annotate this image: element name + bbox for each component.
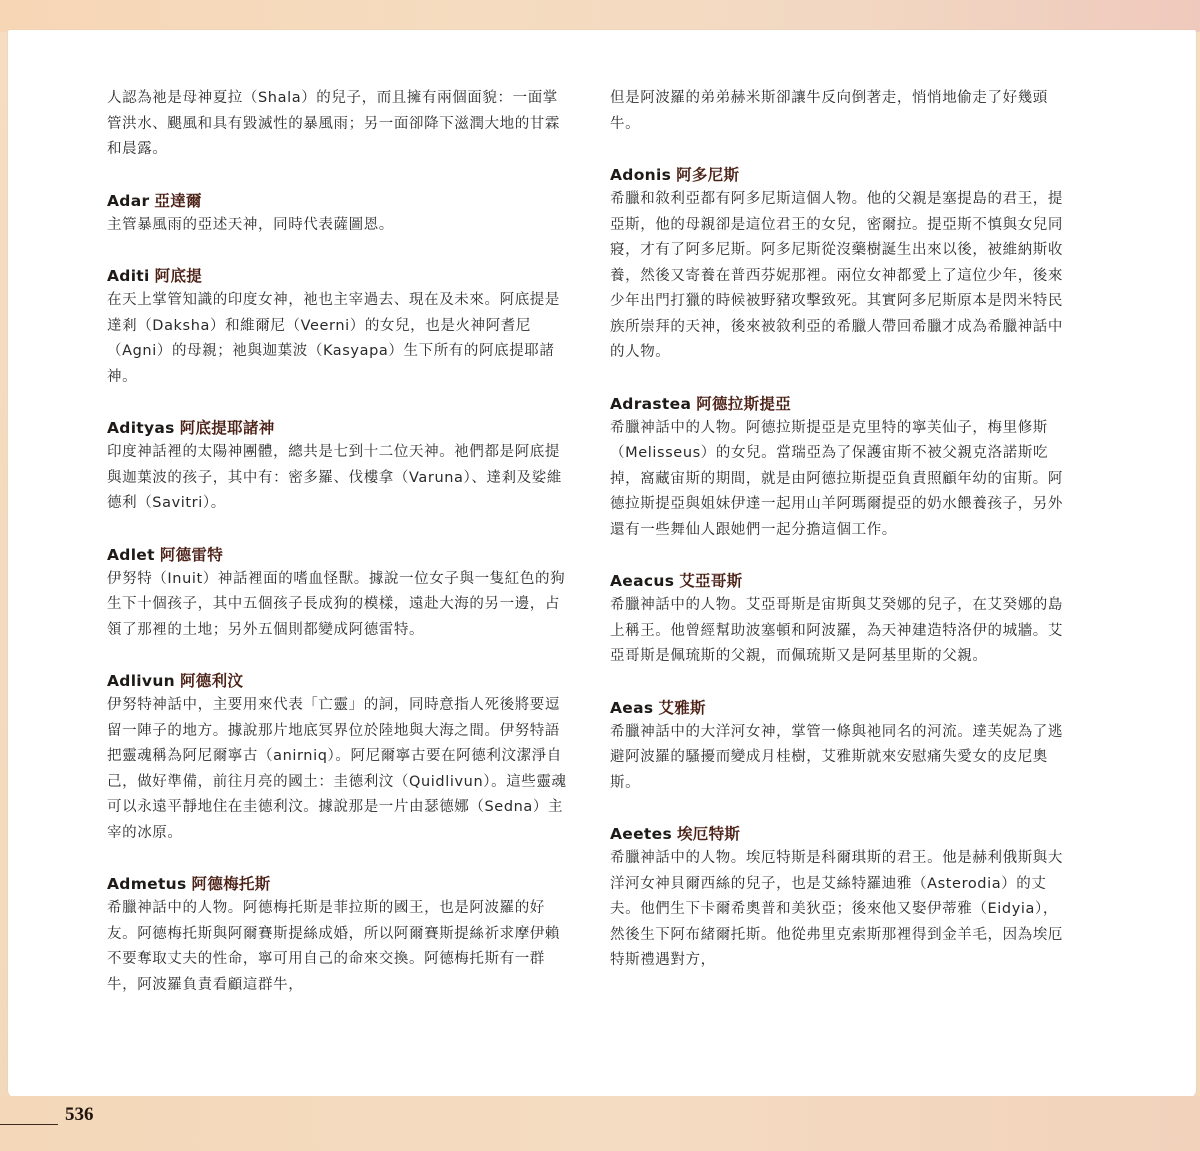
entry-title-en: Admetus <box>107 875 187 893</box>
entry-title-cn: 亞達爾 <box>154 192 201 210</box>
left-column: 人認為祂是母神夏拉（Shala）的兒子，而且擁有兩個面貌：一面掌管洪水、颶風和具… <box>107 86 567 998</box>
entry-aeetes: Aeetes埃厄特斯 希臘神話中的人物。埃厄特斯是科爾琪斯的君王。他是赫利俄斯與… <box>610 822 1070 974</box>
page-border-bottom <box>0 1096 1200 1151</box>
entry-title: Aeas艾雅斯 <box>610 696 1070 720</box>
entry-title-cn: 阿德雷特 <box>160 546 223 564</box>
entry-title: Adrastea阿德拉斯提亞 <box>610 392 1070 416</box>
entry-title-en: Adar <box>107 192 149 210</box>
entry-body: 希臘和敘利亞都有阿多尼斯這個人物。他的父親是塞提島的君王，提亞斯，他的母親卻是這… <box>610 187 1070 366</box>
entry-title-cn: 艾亞哥斯 <box>679 572 742 590</box>
entry-title: Adar亞達爾 <box>107 189 567 213</box>
entry-title-en: Adrastea <box>610 395 691 413</box>
entry-title-en: Aditi <box>107 267 150 285</box>
entry-adlivun: Adlivun阿德利汶 伊努特神話中，主要用來代表「亡靈」的詞，同時意指人死後將… <box>107 669 567 846</box>
entry-aditi: Aditi阿底提 在天上掌管知識的印度女神，祂也主宰過去、現在及未來。阿底提是達… <box>107 264 567 390</box>
entry-title-cn: 阿多尼斯 <box>676 166 739 184</box>
page-number: 536 <box>65 1104 94 1126</box>
entry-body: 希臘神話中的人物。埃厄特斯是科爾琪斯的君王。他是赫利俄斯與大洋河女神貝爾西絲的兒… <box>610 846 1070 974</box>
entry-body: 伊努特（Inuit）神話裡面的嗜血怪獸。據說一位女子與一隻紅色的狗生下十個孩子，… <box>107 567 567 644</box>
entry-title: Adlivun阿德利汶 <box>107 669 567 693</box>
entry-title-cn: 阿底提耶諸神 <box>180 419 275 437</box>
continuation-text: 人認為祂是母神夏拉（Shala）的兒子，而且擁有兩個面貌：一面掌管洪水、颶風和具… <box>107 86 567 163</box>
entry-adar: Adar亞達爾 主管暴風雨的亞述天神，同時代表薩圖恩。 <box>107 189 567 239</box>
entry-adityas: Adityas阿底提耶諸神 印度神話裡的太陽神團體，總共是七到十二位天神。祂們都… <box>107 416 567 517</box>
entry-body: 希臘神話中的人物。阿德梅托斯是菲拉斯的國王，也是阿波羅的好友。阿德梅托斯與阿爾賽… <box>107 896 567 998</box>
entry-body: 希臘神話中的人物。阿德拉斯提亞是克里特的寧芙仙子，梅里修斯（Melisseus）… <box>610 416 1070 544</box>
entry-title-cn: 阿底提 <box>155 267 202 285</box>
entry-title-cn: 埃厄特斯 <box>677 825 740 843</box>
entry-aeacus: Aeacus艾亞哥斯 希臘神話中的人物。艾亞哥斯是宙斯與艾癸娜的兒子，在艾癸娜的… <box>610 569 1070 670</box>
entry-body: 主管暴風雨的亞述天神，同時代表薩圖恩。 <box>107 213 567 239</box>
continuation-text: 但是阿波羅的弟弟赫米斯卻讓牛反向倒著走，悄悄地偷走了好幾頭牛。 <box>610 86 1070 137</box>
entry-body: 印度神話裡的太陽神團體，總共是七到十二位天神。祂們都是阿底提與迦葉波的孩子，其中… <box>107 440 567 517</box>
entry-body: 在天上掌管知識的印度女神，祂也主宰過去、現在及未來。阿底提是達剎（Daksha）… <box>107 288 567 390</box>
entry-title-cn: 阿德梅托斯 <box>192 875 271 893</box>
page-border-top <box>0 0 1200 32</box>
entry-body: 希臘神話中的大洋河女神，掌管一條與祂同名的河流。達芙妮為了逃避阿波羅的騷擾而變成… <box>610 720 1070 797</box>
entry-title: Adityas阿底提耶諸神 <box>107 416 567 440</box>
entry-title: Aditi阿底提 <box>107 264 567 288</box>
entry-title-en: Aeacus <box>610 572 674 590</box>
entry-adonis: Adonis阿多尼斯 希臘和敘利亞都有阿多尼斯這個人物。他的父親是塞提島的君王，… <box>610 163 1070 366</box>
entry-title: Aeetes埃厄特斯 <box>610 822 1070 846</box>
footer-rule <box>0 1124 58 1125</box>
entry-title-cn: 阿德利汶 <box>180 672 243 690</box>
entry-body: 希臘神話中的人物。艾亞哥斯是宙斯與艾癸娜的兒子，在艾癸娜的島上稱王。他曾經幫助波… <box>610 593 1070 670</box>
entry-title-en: Adityas <box>107 419 175 437</box>
entry-title-en: Adlet <box>107 546 155 564</box>
entry-title-en: Adlivun <box>107 672 175 690</box>
entry-title: Admetus阿德梅托斯 <box>107 872 567 896</box>
entry-aeas: Aeas艾雅斯 希臘神話中的大洋河女神，掌管一條與祂同名的河流。達芙妮為了逃避阿… <box>610 696 1070 797</box>
entry-body: 伊努特神話中，主要用來代表「亡靈」的詞，同時意指人死後將要逗留一陣子的地方。據說… <box>107 693 567 846</box>
entry-adrastea: Adrastea阿德拉斯提亞 希臘神話中的人物。阿德拉斯提亞是克里特的寧芙仙子，… <box>610 392 1070 544</box>
entry-title: Adlet阿德雷特 <box>107 543 567 567</box>
entry-title-cn: 阿德拉斯提亞 <box>696 395 791 413</box>
entry-admetus: Admetus阿德梅托斯 希臘神話中的人物。阿德梅托斯是菲拉斯的國王，也是阿波羅… <box>107 872 567 998</box>
entry-title: Adonis阿多尼斯 <box>610 163 1070 187</box>
entry-title-en: Aeetes <box>610 825 672 843</box>
entry-title-en: Adonis <box>610 166 671 184</box>
entry-adlet: Adlet阿德雷特 伊努特（Inuit）神話裡面的嗜血怪獸。據說一位女子與一隻紅… <box>107 543 567 644</box>
entry-title-en: Aeas <box>610 699 653 717</box>
right-column: 但是阿波羅的弟弟赫米斯卻讓牛反向倒著走，悄悄地偷走了好幾頭牛。 Adonis阿多… <box>610 86 1070 974</box>
entry-title: Aeacus艾亞哥斯 <box>610 569 1070 593</box>
entry-title-cn: 艾雅斯 <box>658 699 705 717</box>
